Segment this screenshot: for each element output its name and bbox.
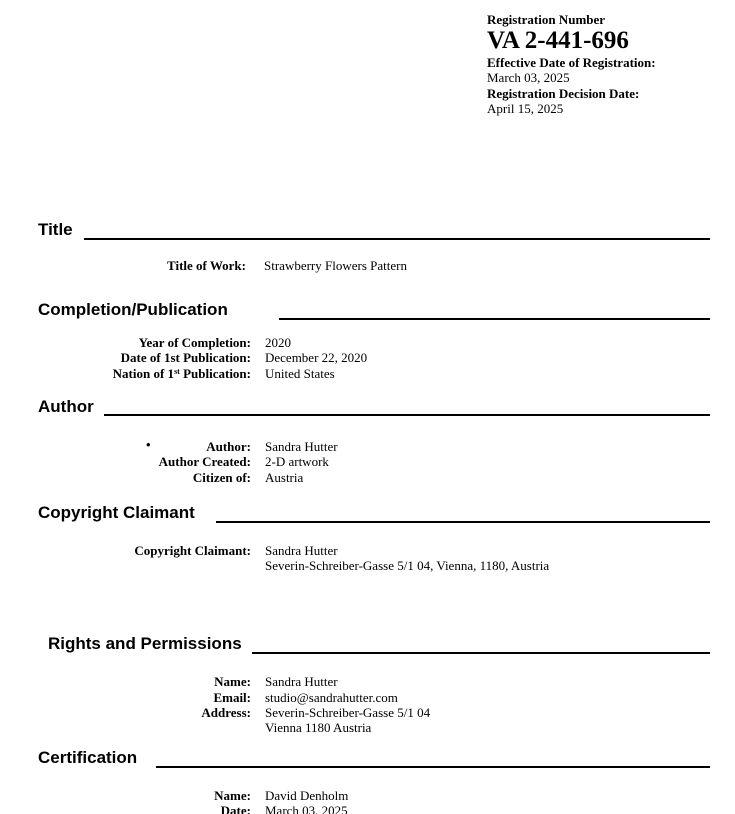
field-value: December 22, 2020	[265, 350, 367, 366]
field-row: Year of Completion: 2020	[0, 335, 735, 351]
field-row: Nation of 1st Publication: United States	[0, 366, 735, 382]
field-row: Author Created: 2-D artwork	[0, 454, 735, 470]
field-row: Date: March 03, 2025	[0, 803, 735, 814]
field-row: Name: David Denholm	[0, 788, 735, 804]
field-label: Nation of 1st Publication:	[113, 366, 251, 382]
section-rule	[104, 414, 710, 416]
field-row: Date of 1st Publication: December 22, 20…	[0, 350, 735, 366]
field-value: 2-D artwork	[265, 454, 329, 470]
field-row: Title of Work: Strawberry Flowers Patter…	[0, 258, 735, 274]
field-label: Name:	[214, 788, 251, 804]
registration-info: Registration Number VA 2-441-696 Effecti…	[487, 12, 656, 117]
section-rule	[156, 766, 710, 768]
field-value: David Denholm	[265, 788, 348, 804]
section-heading-author: Author	[38, 397, 94, 417]
section-rule	[279, 318, 710, 320]
field-label: Name:	[214, 674, 251, 690]
field-value: Severin-Schreiber-Gasse 5/1 04, Vienna, …	[265, 558, 549, 574]
field-value: Austria	[265, 470, 303, 486]
field-value: Vienna 1180 Austria	[265, 720, 371, 736]
section-rule	[216, 521, 710, 523]
effective-date-label: Effective Date of Registration:	[487, 55, 656, 70]
section-heading-completion: Completion/Publication	[38, 300, 228, 320]
email-value: studio@sandrahutter.com	[265, 690, 398, 706]
registration-number: VA 2-441-696	[487, 28, 656, 54]
field-row: Address: Severin-Schreiber-Gasse 5/1 04	[0, 705, 735, 721]
field-value: 2020	[265, 335, 291, 351]
field-value: Sandra Hutter	[265, 439, 338, 455]
field-row: Copyright Claimant: Sandra Hutter	[0, 543, 735, 559]
field-value: United States	[265, 366, 335, 382]
section-heading-certification: Certification	[38, 748, 137, 768]
section-heading-title: Title	[38, 220, 73, 240]
field-label: Author Created:	[159, 454, 251, 470]
field-label: Author:	[206, 439, 251, 455]
field-label: Copyright Claimant:	[134, 543, 251, 559]
field-label: Title of Work:	[167, 258, 246, 274]
section-heading-claimant: Copyright Claimant	[38, 503, 195, 523]
field-row: Citizen of: Austria	[0, 470, 735, 486]
decision-date: April 15, 2025	[487, 101, 656, 116]
section-rule	[252, 652, 710, 654]
field-label: Date of 1st Publication:	[121, 350, 251, 366]
field-label: Date:	[221, 803, 251, 814]
field-label: Citizen of:	[193, 470, 251, 486]
field-row: Name: Sandra Hutter	[0, 674, 735, 690]
field-value: Severin-Schreiber-Gasse 5/1 04	[265, 705, 430, 721]
field-value: Strawberry Flowers Pattern	[264, 258, 407, 274]
field-row: Email: studio@sandrahutter.com	[0, 690, 735, 706]
field-row: Vienna 1180 Austria	[0, 720, 735, 736]
section-rule	[84, 238, 710, 240]
field-value: March 03, 2025	[265, 803, 348, 814]
field-row: Severin-Schreiber-Gasse 5/1 04, Vienna, …	[0, 558, 735, 574]
field-value: Sandra Hutter	[265, 674, 338, 690]
field-label: Address:	[201, 705, 251, 721]
decision-date-label: Registration Decision Date:	[487, 86, 656, 101]
field-value: Sandra Hutter	[265, 543, 338, 559]
registration-number-label: Registration Number	[487, 12, 656, 27]
section-heading-rights: Rights and Permissions	[48, 634, 242, 654]
field-label: Email:	[213, 690, 251, 706]
effective-date: March 03, 2025	[487, 70, 656, 85]
field-label: Year of Completion:	[139, 335, 251, 351]
field-row: Author: Sandra Hutter	[0, 439, 735, 455]
